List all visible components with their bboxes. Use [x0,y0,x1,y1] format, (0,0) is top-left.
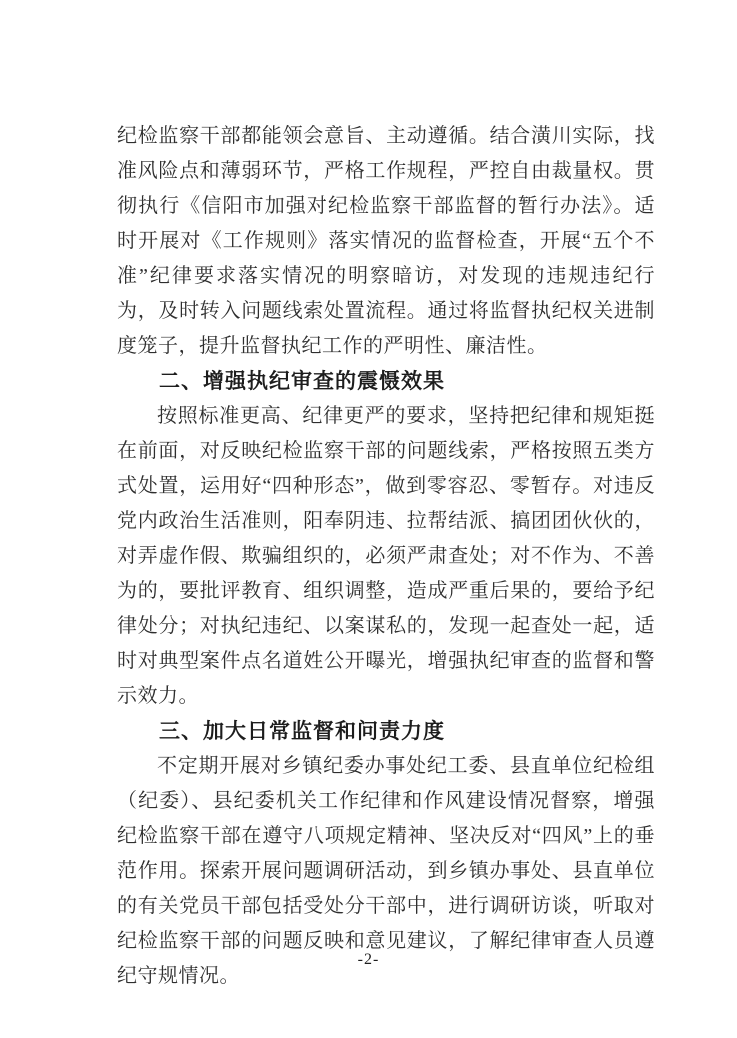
paragraph-section-2: 按照标准更高、纪律更严的要求，坚持把纪律和规矩挺在前面，对反映纪检监察干部的问题… [117,399,655,714]
paragraph-continuation: 纪检监察干部都能领会意旨、主动遵循。结合潢川实际，找准风险点和薄弱环节，严格工作… [117,119,655,364]
page-number: -2- [0,951,737,969]
document-page: 纪检监察干部都能领会意旨、主动遵循。结合潢川实际，找准风险点和薄弱环节，严格工作… [0,0,737,1038]
heading-section-3: 三、加大日常监督和问责力度 [117,714,655,749]
heading-section-2: 二、增强执纪审查的震慑效果 [117,364,655,399]
document-body: 纪检监察干部都能领会意旨、主动遵循。结合潢川实际，找准风险点和薄弱环节，严格工作… [117,119,655,994]
